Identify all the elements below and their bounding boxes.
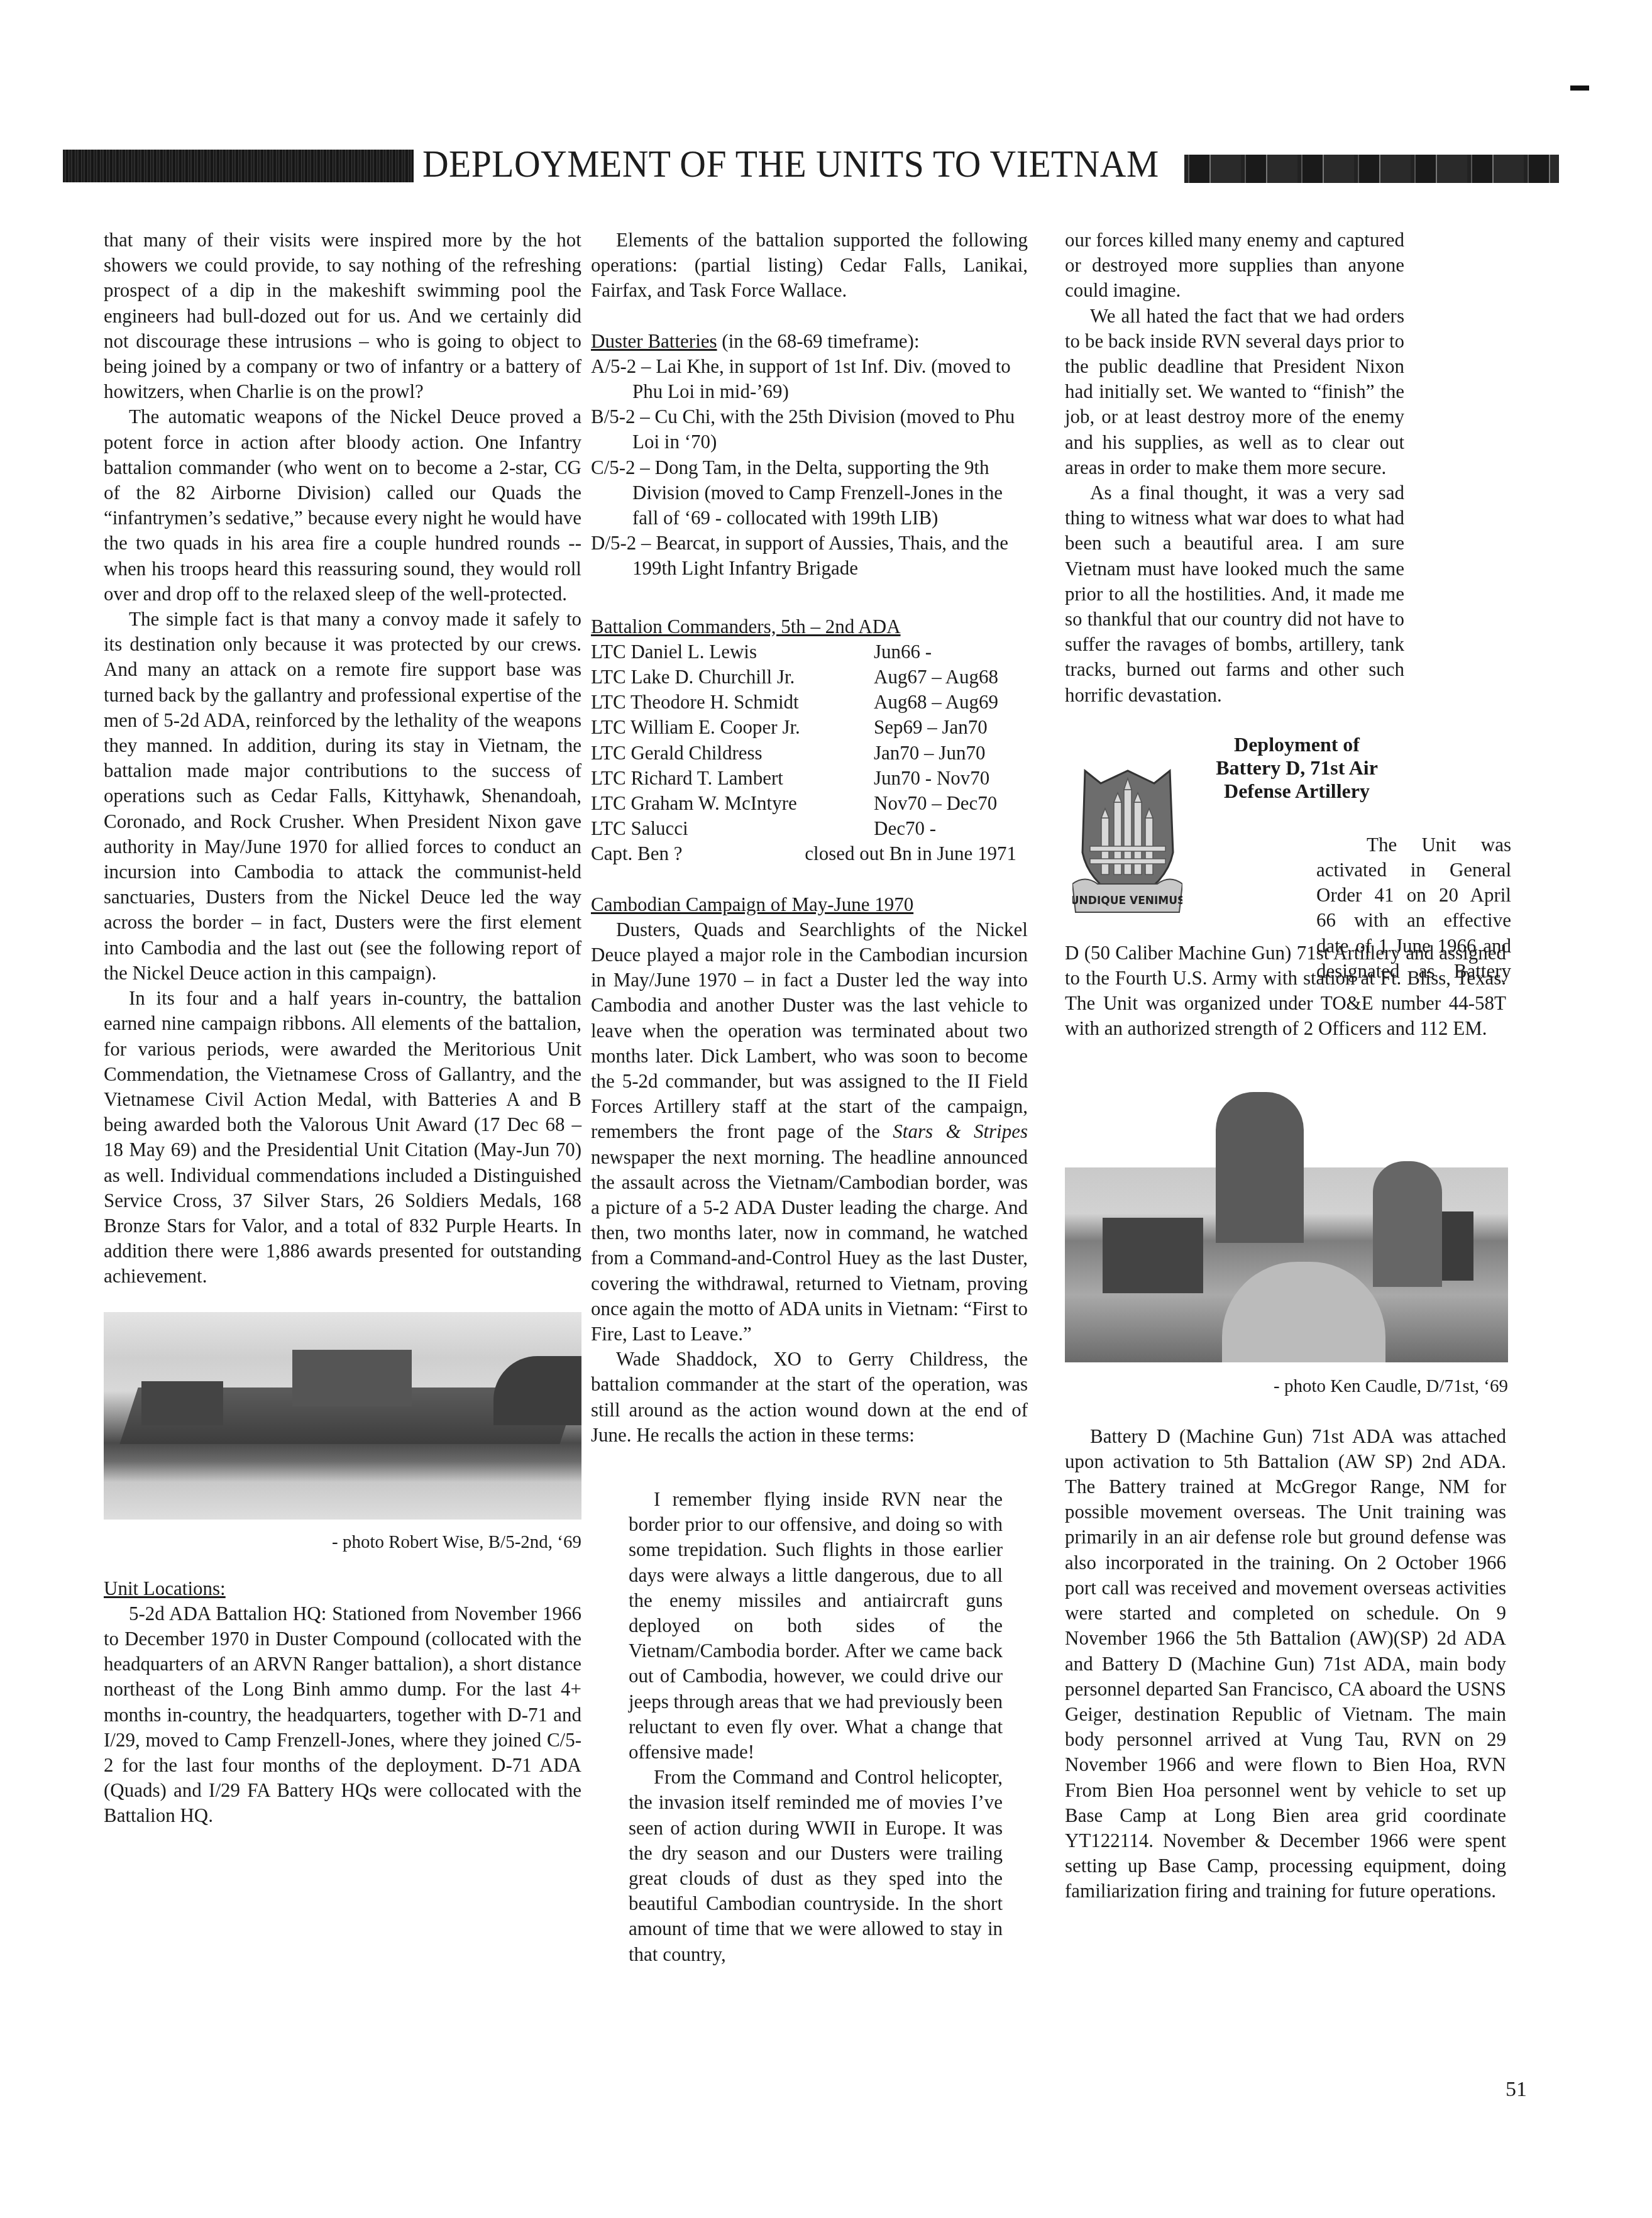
photo-quad-fifty-crew: [1065, 1092, 1508, 1362]
list-item: D/5-2 – Bearcat, in support of Aussies, …: [591, 531, 1028, 581]
section-heading-duster-batteries: Duster Batteries: [591, 330, 717, 352]
paragraph: The simple fact is that many a convoy ma…: [104, 607, 581, 986]
photo-caption: - photo Ken Caudle, D/71st, ‘69: [1065, 1374, 1508, 1399]
commanders-table: LTC Daniel L. LewisJun66 - LTC Lake D. C…: [591, 639, 1028, 867]
list-item: C/5-2 – Dong Tam, in the Delta, supporti…: [591, 455, 1028, 531]
paragraph: that many of their visits were inspired …: [104, 228, 581, 404]
page-number: 51: [1506, 2078, 1527, 2102]
photo-soldier-shape: [1216, 1092, 1304, 1243]
svg-text:UNDIQUE VENIMUS: UNDIQUE VENIMUS: [1072, 895, 1182, 907]
table-row: LTC Graham W. McIntyreNov70 – Dec70: [591, 791, 1028, 816]
paragraph: 5-2d ADA Battalion HQ: Stationed from No…: [104, 1601, 581, 1829]
page-title: DEPLOYMENT OF THE UNITS TO VIETNAM: [422, 142, 1130, 186]
paragraph: The automatic weapons of the Nickel Deuc…: [104, 404, 581, 607]
table-row: LTC Gerald ChildressJan70 – Jun70: [591, 741, 1028, 766]
quote-paragraph: our forces killed many enemy and capture…: [1065, 228, 1404, 304]
table-row: LTC Richard T. LambertJun70 - Nov70: [591, 766, 1028, 791]
column-1: that many of their visits were inspired …: [104, 228, 581, 1829]
quote-paragraph: I remember flying inside RVN near the bo…: [629, 1487, 1003, 1765]
paragraph: Battery D (Machine Gun) 71st ADA was att…: [1065, 1424, 1506, 1904]
table-row: Capt. Ben ?closed out Bn in June 1971: [591, 841, 1028, 866]
photo-vehicle-shape: [141, 1381, 223, 1425]
paragraph: Dusters, Quads and Searchlights of the N…: [591, 917, 1028, 1347]
table-row: LTC Theodore H. SchmidtAug68 – Aug69: [591, 690, 1028, 715]
photo-duster-shape: [292, 1350, 412, 1406]
list-item: A/5-2 – Lai Khe, in support of 1st Inf. …: [591, 354, 1028, 404]
paragraph: Wade Shaddock, XO to Gerry Childress, th…: [591, 1347, 1028, 1448]
battery-d-section-header: UNDIQUE VENIMUS Deployment of Battery D,…: [1065, 733, 1506, 966]
paragraph: In its four and a half years in-country,…: [104, 986, 581, 1289]
photo-barge-river-crossing: [104, 1312, 581, 1520]
photo-gun-mount-shape: [1103, 1218, 1203, 1293]
photo-bridge-shape: [493, 1356, 581, 1425]
corner-registration-mark: [1570, 86, 1589, 91]
section-heading-commanders: Battalion Commanders, 5th – 2nd ADA: [591, 615, 901, 637]
duster-batteries-heading-line: Duster Batteries (in the 68-69 timeframe…: [591, 329, 1028, 354]
section-heading-battery-d: Deployment of Battery D, 71st Air Defens…: [1200, 733, 1394, 803]
block-quote: I remember flying inside RVN near the bo…: [591, 1487, 1028, 1967]
section-heading-cambodian-campaign: Cambodian Campaign of May-June 1970: [591, 893, 913, 915]
section-intro: The Unit was activated in General Order …: [1316, 832, 1511, 984]
newspaper-title: Stars & Stripes: [893, 1120, 1028, 1142]
section-heading-unit-locations: Unit Locations:: [104, 1577, 226, 1599]
header-bar-left: [63, 150, 414, 182]
quote-paragraph: As a final thought, it was a very sad th…: [1065, 480, 1404, 708]
photo-caption: - photo Robert Wise, B/5-2nd, ‘69: [104, 1530, 581, 1555]
quote-paragraph: We all hated the fact that we had orders…: [1065, 304, 1404, 480]
photo-soldier-shape: [1373, 1161, 1442, 1287]
quote-paragraph: From the Command and Control helicopter,…: [629, 1765, 1003, 1967]
block-quote-continued: our forces killed many enemy and capture…: [1065, 228, 1404, 708]
paragraph: Elements of the battalion supported the …: [591, 228, 1028, 304]
column-2: Elements of the battalion supported the …: [591, 228, 1028, 1967]
table-row: LTC SalucciDec70 -: [591, 816, 1028, 841]
column-3: our forces killed many enemy and capture…: [1065, 228, 1506, 1904]
table-row: LTC Daniel L. LewisJun66 -: [591, 639, 1028, 665]
table-row: LTC Lake D. Churchill Jr.Aug67 – Aug68: [591, 665, 1028, 690]
list-item: B/5-2 – Cu Chi, with the 25th Division (…: [591, 404, 1028, 455]
table-row: LTC William E. Cooper Jr.Sep69 – Jan70: [591, 715, 1028, 740]
photo-turret-shape: [1222, 1262, 1385, 1362]
header-bar-right: [1184, 155, 1559, 183]
unit-crest-icon: UNDIQUE VENIMUS: [1072, 758, 1182, 922]
